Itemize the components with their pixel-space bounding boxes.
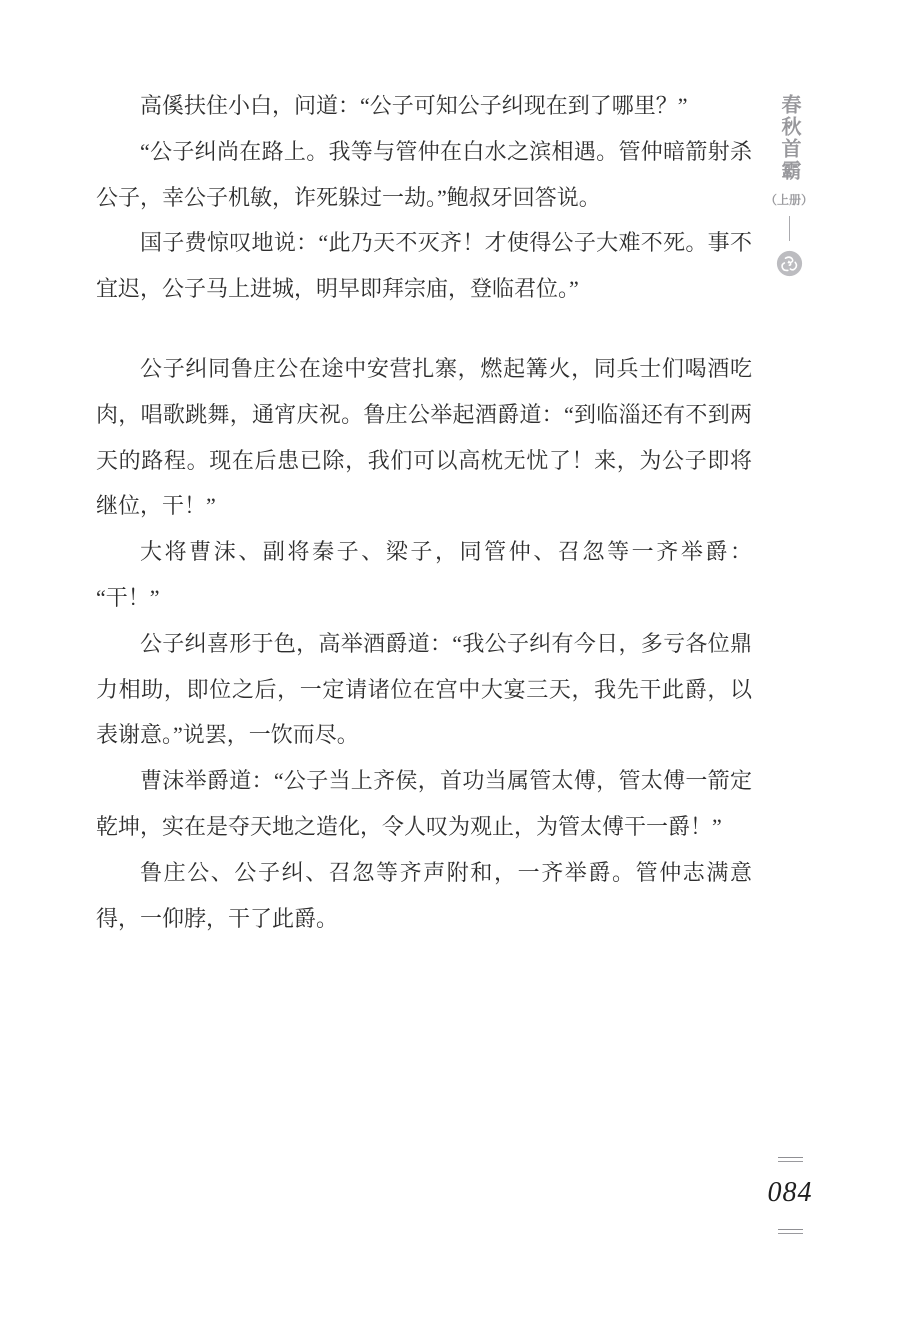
paragraph: 公子纠喜形于色，高举酒爵道：“我公子纠有今日，多亏各位鼎力相助，即位之后，一定请… [96,621,752,758]
page-number: 084 [768,1179,813,1206]
page-number-block: 084 [758,1157,822,1234]
book-page: 高傒扶住小白，问道：“公子可知公子纠现在到了哪里？” “公子纠尚在路上。我等与管… [0,0,913,1338]
sidebar-divider-rule [789,216,790,241]
paragraph: 公子纠同鲁庄公在途中安营扎寨，燃起篝火，同兵士们喝酒吃肉，唱歌跳舞，通宵庆祝。鲁… [96,346,752,529]
folio-bottom-rule [778,1229,803,1234]
cloud-swirl-seal-icon [776,250,803,277]
paragraph: 鲁庄公、公子纠、召忽等齐声附和，一齐举爵。管仲志满意得，一仰脖，干了此爵。 [96,850,752,942]
paragraph: “公子纠尚在路上。我等与管仲在白水之滨相遇。管仲暗箭射杀公子，幸公子机敏，诈死躲… [96,129,752,221]
paragraph: 国子费惊叹地说：“此乃天不灭齐！才使得公子大难不死。事不宜迟，公子马上进城，明早… [96,220,752,312]
body-text-block: 高傒扶住小白，问道：“公子可知公子纠现在到了哪里？” “公子纠尚在路上。我等与管… [96,83,752,941]
section-break [96,312,752,346]
folio-top-rule [778,1157,803,1162]
paragraph: 大将曹沫、副将秦子、梁子，同管仲、召忽等一齐举爵：“干！” [96,529,752,621]
series-title: 春秋首霸 [772,94,806,182]
volume-label: （上册） [765,191,813,208]
margin-sidebar: 春秋首霸 （上册） [772,94,806,277]
paragraph: 曹沫举爵道：“公子当上齐侯，首功当属管太傅，管太傅一箭定乾坤，实在是夺天地之造化… [96,758,752,850]
paragraph: 高傒扶住小白，问道：“公子可知公子纠现在到了哪里？” [96,83,752,129]
